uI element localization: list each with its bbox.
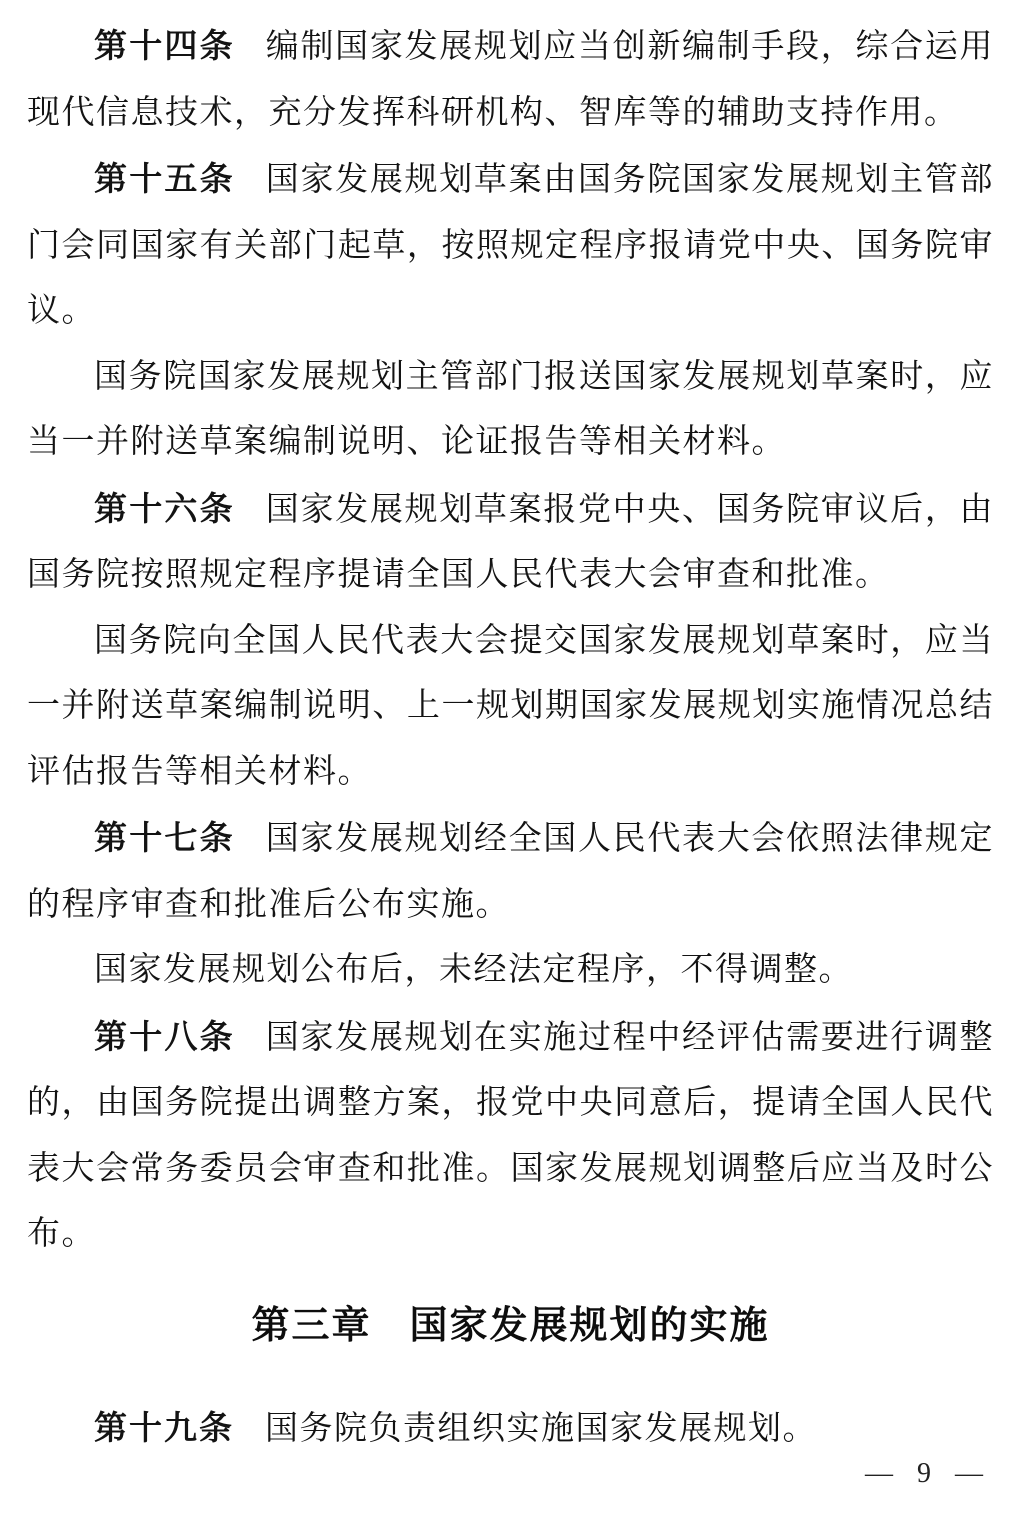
article-paragraph: 第十四条编制国家发展规划应当创新编制手段，综合运用现代信息技术，充分发挥科研机构…	[27, 13, 994, 146]
body-paragraph: 国务院国家发展规划主管部门报送国家发展规划草案时，应当一并附送草案编制说明、论证…	[27, 345, 994, 476]
paragraph-text: 国家发展规划公布后，未经法定程序，不得调整。	[94, 952, 853, 988]
chapter-heading: 第三章国家发展规划的实施	[27, 1294, 994, 1360]
article-paragraph: 第十八条国家发展规划在实施过程中经评估需要进行调整的，由国务院提出调整方案，报党…	[27, 1004, 994, 1268]
chapter-number: 第三章	[251, 1305, 371, 1347]
article-paragraph: 第十七条国家发展规划经全国人民代表大会依照法律规定的程序审查和批准后公布实施。	[27, 805, 994, 938]
footer-dash-right: —	[955, 1458, 983, 1490]
article-number: 第十五条	[94, 160, 235, 197]
paragraph-text: 国务院国家发展规划主管部门报送国家发展规划草案时，应当一并附送草案编制说明、论证…	[27, 359, 994, 461]
article-number: 第十七条	[94, 819, 235, 856]
article-paragraph: 第十九条国务院负责组织实施国家发展规划。	[27, 1395, 994, 1463]
page-number: 9	[917, 1458, 931, 1490]
paragraph-text: 国务院向全国人民代表大会提交国家发展规划草案时，应当一并附送草案编制说明、上一规…	[27, 623, 994, 790]
article-number: 第十六条	[94, 490, 235, 527]
article-number: 第十八条	[94, 1018, 235, 1055]
article-number: 第十九条	[94, 1409, 234, 1446]
page-footer: — 9 —	[865, 1458, 983, 1490]
body-paragraph: 国家发展规划公布后，未经法定程序，不得调整。	[27, 938, 994, 1004]
footer-dash-left: —	[865, 1458, 893, 1490]
chapter-title: 国家发展规划的实施	[410, 1305, 770, 1347]
document-page: { "page": { "blocks": [ { "type": "artic…	[0, 0, 1024, 1513]
body-paragraph: 国务院向全国人民代表大会提交国家发展规划草案时，应当一并附送草案编制说明、上一规…	[27, 609, 994, 806]
paragraph-text: 国务院负责组织实施国家发展规划。	[265, 1411, 817, 1447]
article-paragraph: 第十六条国家发展规划草案报党中央、国务院审议后，由国务院按照规定程序提请全国人民…	[27, 476, 994, 609]
article-number: 第十四条	[94, 27, 235, 64]
document-body: 第十四条编制国家发展规划应当创新编制手段，综合运用现代信息技术，充分发挥科研机构…	[0, 0, 1024, 1463]
article-paragraph: 第十五条国家发展规划草案由国务院国家发展规划主管部门会同国家有关部门起草，按照规…	[27, 146, 994, 345]
